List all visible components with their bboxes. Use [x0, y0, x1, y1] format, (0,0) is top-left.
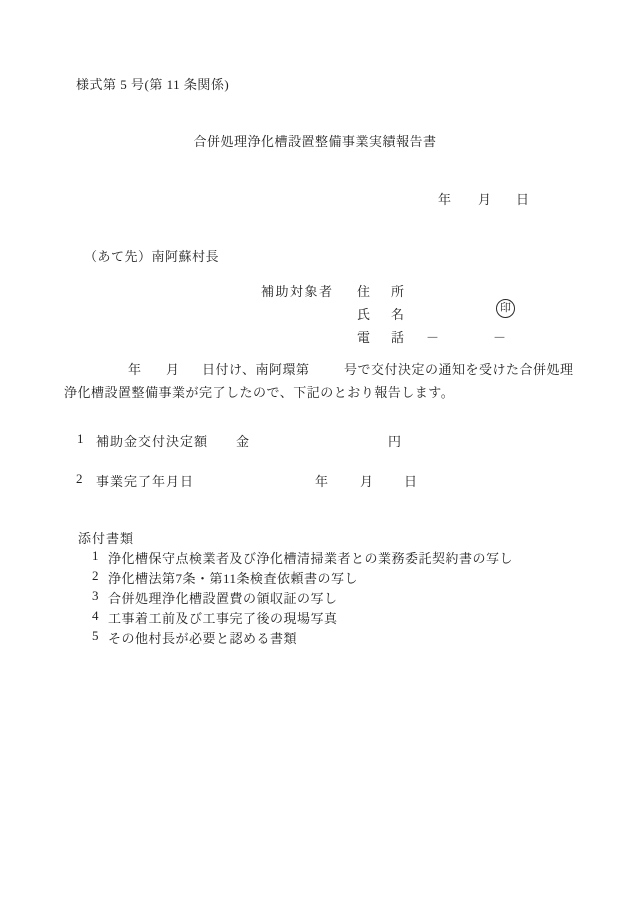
attachments-header: 添付書類	[78, 528, 134, 547]
seal-mark-icon: 印	[496, 299, 515, 318]
body-line1-rest: 号で交付決定の通知を受けた合併処理	[344, 359, 574, 378]
date-year-label: 年	[438, 189, 451, 208]
attachment-number: 2	[92, 568, 99, 584]
attachment-number: 3	[92, 588, 99, 604]
attachment-text: 工事着工前及び工事完了後の現場写真	[108, 608, 338, 627]
body-month-label: 月	[166, 359, 180, 378]
form-number: 様式第 5 号(第 11 条関係)	[76, 74, 229, 93]
body-date-clause: 日付け、南阿環第	[202, 359, 309, 378]
attachment-text: 浄化槽保守点検業者及び浄化槽清掃業者との業務委託契約書の写し	[108, 548, 513, 567]
attachment-text: 浄化槽法第7条・第11条検査依頼書の写し	[108, 568, 358, 587]
date-month-label: 月	[478, 189, 491, 208]
completion-year-label: 年	[315, 471, 329, 490]
attachment-number: 4	[92, 608, 99, 624]
date-day-label: 日	[516, 189, 529, 208]
attachment-text: 合併処理浄化槽設置費の領収証の写し	[108, 588, 338, 607]
document-title: 合併処理浄化槽設置整備事業実績報告書	[0, 131, 630, 150]
item-number: 1	[77, 431, 84, 447]
item-label: 補助金交付決定額	[96, 431, 208, 450]
phone-field-label: 電 話	[357, 327, 408, 346]
addressee: （あて先）南阿蘇村長	[84, 246, 219, 265]
applicant-label: 補助対象者	[261, 281, 334, 300]
attachment-number: 1	[92, 548, 99, 564]
item-number: 2	[76, 471, 83, 487]
amount-yen-prefix: 金	[236, 431, 250, 450]
body-line2: 浄化槽設置整備事業が完了したので、下記のとおり報告します。	[64, 382, 454, 401]
body-year-label: 年	[128, 359, 142, 378]
address-field-label: 住 所	[357, 281, 408, 300]
name-field-label: 氏 名	[357, 304, 408, 323]
phone-dash: －	[493, 327, 506, 346]
document-page: { "doc": { "form_number": "様式第 5 号(第 11 …	[0, 0, 630, 903]
phone-dash: －	[426, 327, 439, 346]
completion-month-label: 月	[360, 471, 374, 490]
attachment-text: その他村長が必要と認める書類	[108, 628, 297, 647]
amount-yen-suffix: 円	[388, 431, 402, 450]
completion-day-label: 日	[404, 471, 418, 490]
attachment-number: 5	[92, 628, 99, 644]
item-label: 事業完了年月日	[96, 471, 194, 490]
